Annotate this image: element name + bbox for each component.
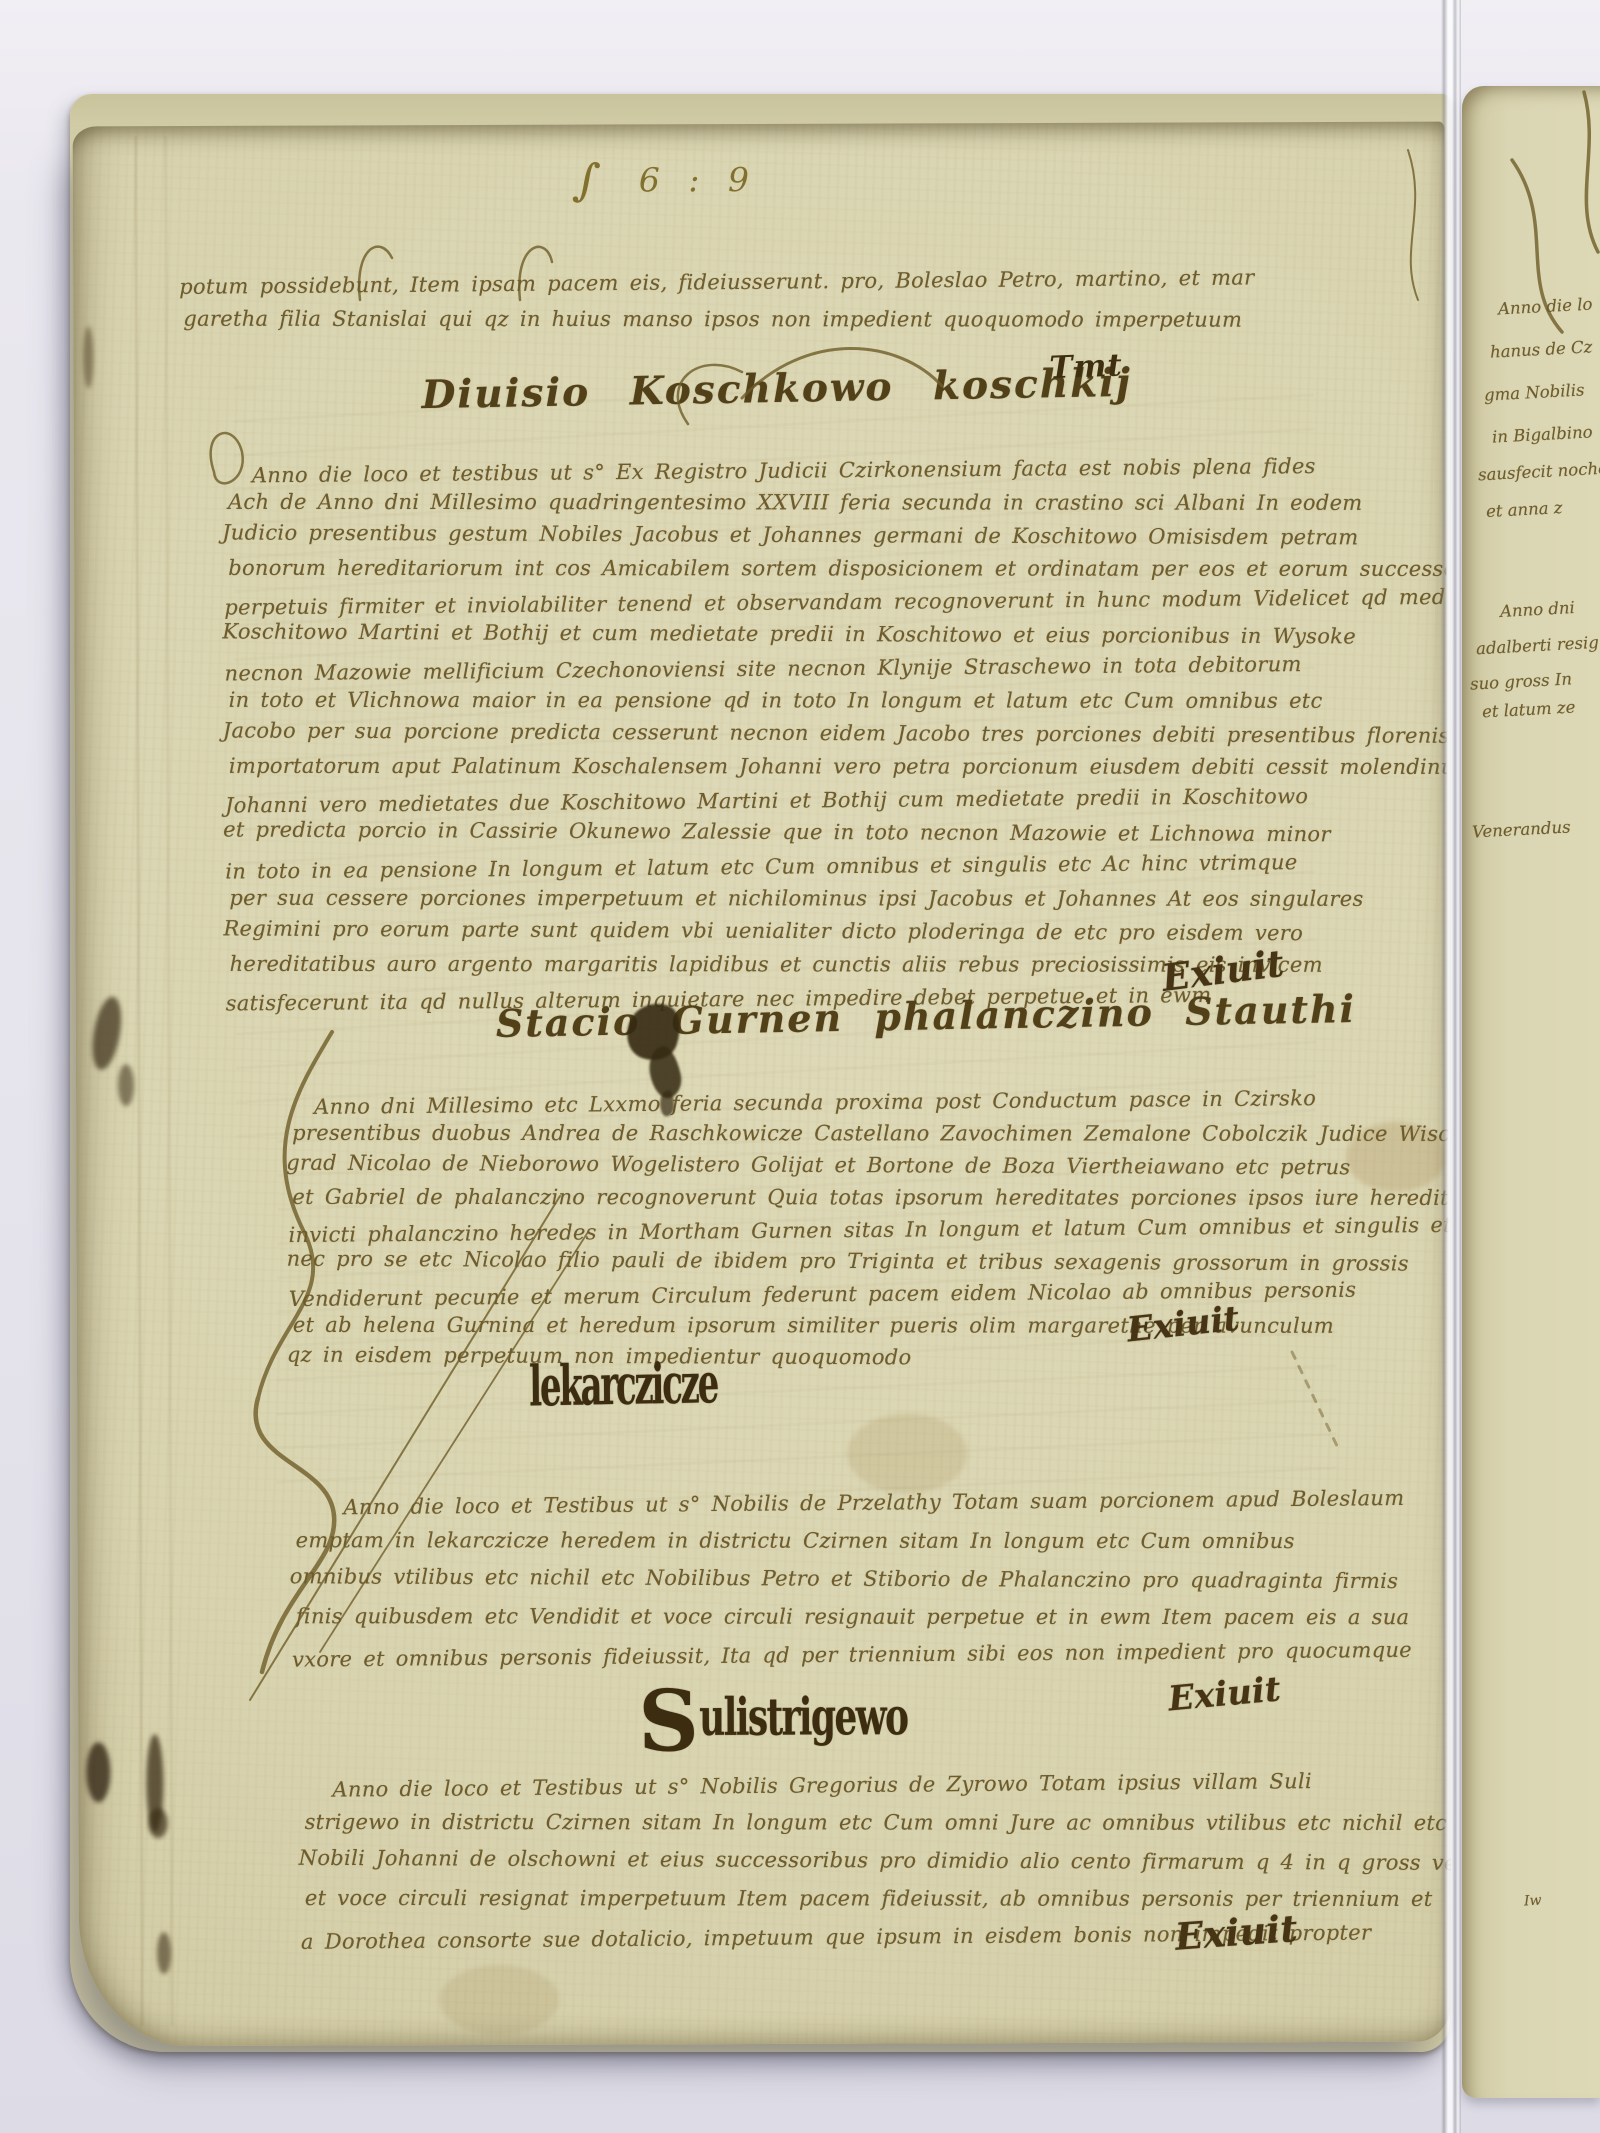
manuscript-text-line: omnibus vtilibus etc nichil etc Nobilibu… [290,1557,1410,1600]
entry-text-lekarczicze: Anno die loco et Testibus ut s° Nobilis … [291,1482,1412,1676]
manuscript-text-line: Anno die loco et Testibus ut s° Nobilis … [343,1479,1411,1526]
gutter-crease [165,136,174,2026]
manuscript-text-line: in toto et Vlichnowa maior in ea pension… [229,684,1452,718]
manuscript-text-line: presentibus duobus Andrea de Raschkowicz… [292,1117,1451,1150]
photograph-backdrop: ∫ 6 : 9 potum possidebunt, Item ipsam pa… [0,0,1600,2133]
entry-heading-sulistrigewo: Sulistrigewo [638,1685,966,1756]
manuscript-text-line: strigewo in districtu Czirnen sitam In l… [305,1803,1452,1842]
margin-note-tmt: Tmt [1049,347,1124,386]
entry-text-diuisio: Anno die loco et testibus ut s° Ex Regis… [224,451,1452,1017]
page-fragment: suo gross In [1470,669,1573,693]
page-fragment: sausfecit noche [1478,459,1600,485]
adjacent-page: Anno die lo hanus de Cz gma Nobilis in B… [1462,86,1600,2098]
page-fragment: Anno dni [1500,598,1576,621]
edge-stain [88,995,126,1072]
heading-initial: S [638,1671,699,1770]
manuscript-text-line: garetha filia Stanislai qui qz in huius … [183,301,1258,339]
page-fragment: gma Nobilis [1484,380,1585,404]
manuscript-text-line: qz in eisdem perpetuum non impedientur q… [287,1339,1451,1377]
edge-stain [83,326,93,388]
manuscript-text-line: finis quibusdem etc Vendidit et voce cir… [296,1597,1416,1636]
manuscript-text-line: et ab helena Gurnina et heredum ipsorum … [293,1309,1452,1342]
page-fragment: Iw [1524,1893,1542,1910]
heading-rest: ulistrigewo [699,1686,907,1747]
entry-heading-lekarczicze: lekarczicze [529,1351,717,1419]
manuscript-text-line: vxore et omnibus personis fideiussit, It… [292,1631,1412,1679]
manuscript-page: ∫ 6 : 9 potum possidebunt, Item ipsam pa… [73,122,1452,2047]
manuscript-text-line: bonorum hereditariorum int cos Amicabile… [228,552,1451,586]
ink-blot [660,1090,674,1116]
entry-text-stacio: Anno dni Millesimo etc Lxxmo feria secun… [288,1083,1451,1375]
manuscript-text-line: et Gabriel de phalanczino recognoverunt … [292,1181,1451,1214]
manuscript-text-line: potum possidebunt, Item ipsam pacem eis,… [179,259,1255,305]
edge-stain [118,1064,134,1106]
page-fragment: et latum ze [1482,698,1576,722]
manuscript-text-line: Judicio presentibus gestum Nobiles Jacob… [222,516,1451,555]
page-fragment: adalberti resig [1476,633,1600,658]
entry-heading-diuisio: Diuisio Koschkowo koschkij [421,360,1132,418]
edge-stain [157,1932,171,1974]
manuscript-text-line: per sua cessere porciones imperpetuum et… [229,882,1451,916]
edge-stain [149,1808,168,1838]
glass-weight-strip [1441,0,1461,2133]
closing-exiuit: Exiuit [1167,1669,1283,1719]
manuscript-text-line: Ach de Anno dni Millesimo quadringentesi… [228,486,1451,520]
folio-number: 6 : 9 [639,160,758,199]
manuscript-text-line: Anno die loco et Testibus ut s° Nobilis … [332,1760,1451,1808]
page-fragment: hanus de Cz [1490,337,1593,361]
page-fragment: Venerandus [1472,817,1571,841]
folio-mark: ∫ [571,151,603,208]
manuscript-text-line: Jacobo per sua porcione predicta cesseru… [223,714,1452,753]
manuscript-text-line: emptam in lekarczicze heredem in distric… [296,1521,1416,1560]
manuscript-text-line: grad Nicolao de Nieborowo Wogelistero Go… [286,1147,1451,1185]
edge-stain [86,1742,110,1802]
page-fragment: et anna z [1486,498,1563,521]
page-fragment: in Bigalbino [1492,422,1593,446]
manuscript-text-line: importatorum aput Palatinum Koschalensem… [229,750,1451,784]
prefatory-text: potum possidebunt, Item ipsam pacem eis,… [179,262,1255,340]
manuscript-text-line: Nobili Johanni de olschowni et eius succ… [299,1839,1452,1882]
paper-stain [439,1965,559,2035]
closing-exiuit: Exiuit [1174,1906,1299,1959]
gutter-crease [135,136,144,2026]
paper-stain [847,1413,967,1493]
page-fragment: Anno die lo [1498,295,1593,319]
